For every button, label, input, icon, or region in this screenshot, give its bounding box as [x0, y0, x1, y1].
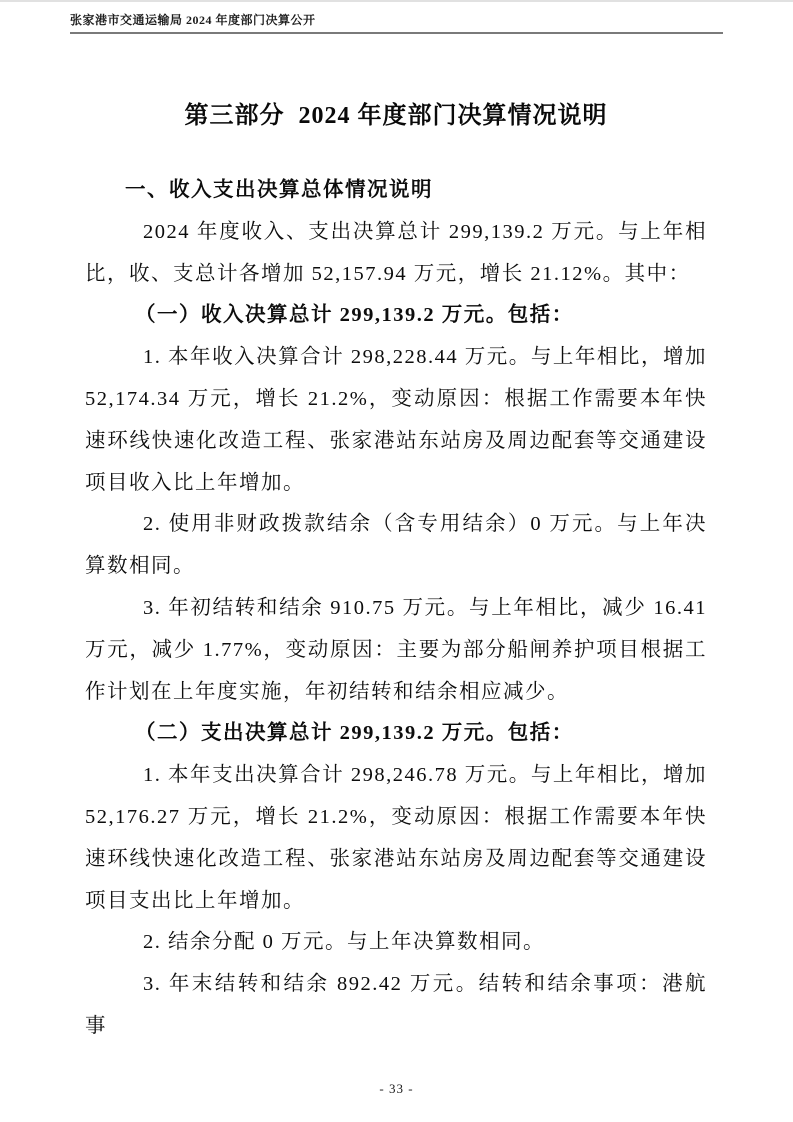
expenditure-yearend-carryover-paragraph: 3. 年末结转和结余 892.42 万元。结转和结余事项：港航事	[85, 964, 707, 1048]
income-non-fiscal-carryover-paragraph: 2. 使用非财政拨款结余（含专用结余）0 万元。与上年决算数相同。	[85, 504, 707, 588]
section-1-heading: 一、收入支出决算总体情况说明	[85, 170, 707, 212]
income-subtotal-heading: （一）收入决算总计 299,139.2 万元。包括：	[85, 295, 707, 337]
income-beginning-carryover-paragraph: 3. 年初结转和结余 910.75 万元。与上年相比，减少 16.41 万元，减…	[85, 588, 707, 713]
page-number: - 33 -	[0, 1081, 793, 1097]
document-body: 一、收入支出决算总体情况说明 2024 年度收入、支出决算总计 299,139.…	[85, 170, 707, 1048]
expenditure-current-year-paragraph: 1. 本年支出决算合计 298,246.78 万元。与上年相比，增加 52,17…	[85, 755, 707, 922]
document-title: 第三部分 2024 年度部门决算情况说明	[85, 100, 707, 133]
income-current-year-paragraph: 1. 本年收入决算合计 298,228.44 万元。与上年相比，增加 52,17…	[85, 337, 707, 504]
page-content: 第三部分 2024 年度部门决算情况说明 一、收入支出决算总体情况说明 2024…	[85, 0, 707, 1048]
document-page: 张家港市交通运输局 2024 年度部门决算公开 第三部分 2024 年度部门决算…	[0, 0, 793, 1122]
expenditure-surplus-distribution-paragraph: 2. 结余分配 0 万元。与上年决算数相同。	[85, 922, 707, 964]
income-expenditure-summary-paragraph: 2024 年度收入、支出决算总计 299,139.2 万元。与上年相比，收、支总…	[85, 212, 707, 296]
expenditure-subtotal-heading: （二）支出决算总计 299,139.2 万元。包括：	[85, 713, 707, 755]
